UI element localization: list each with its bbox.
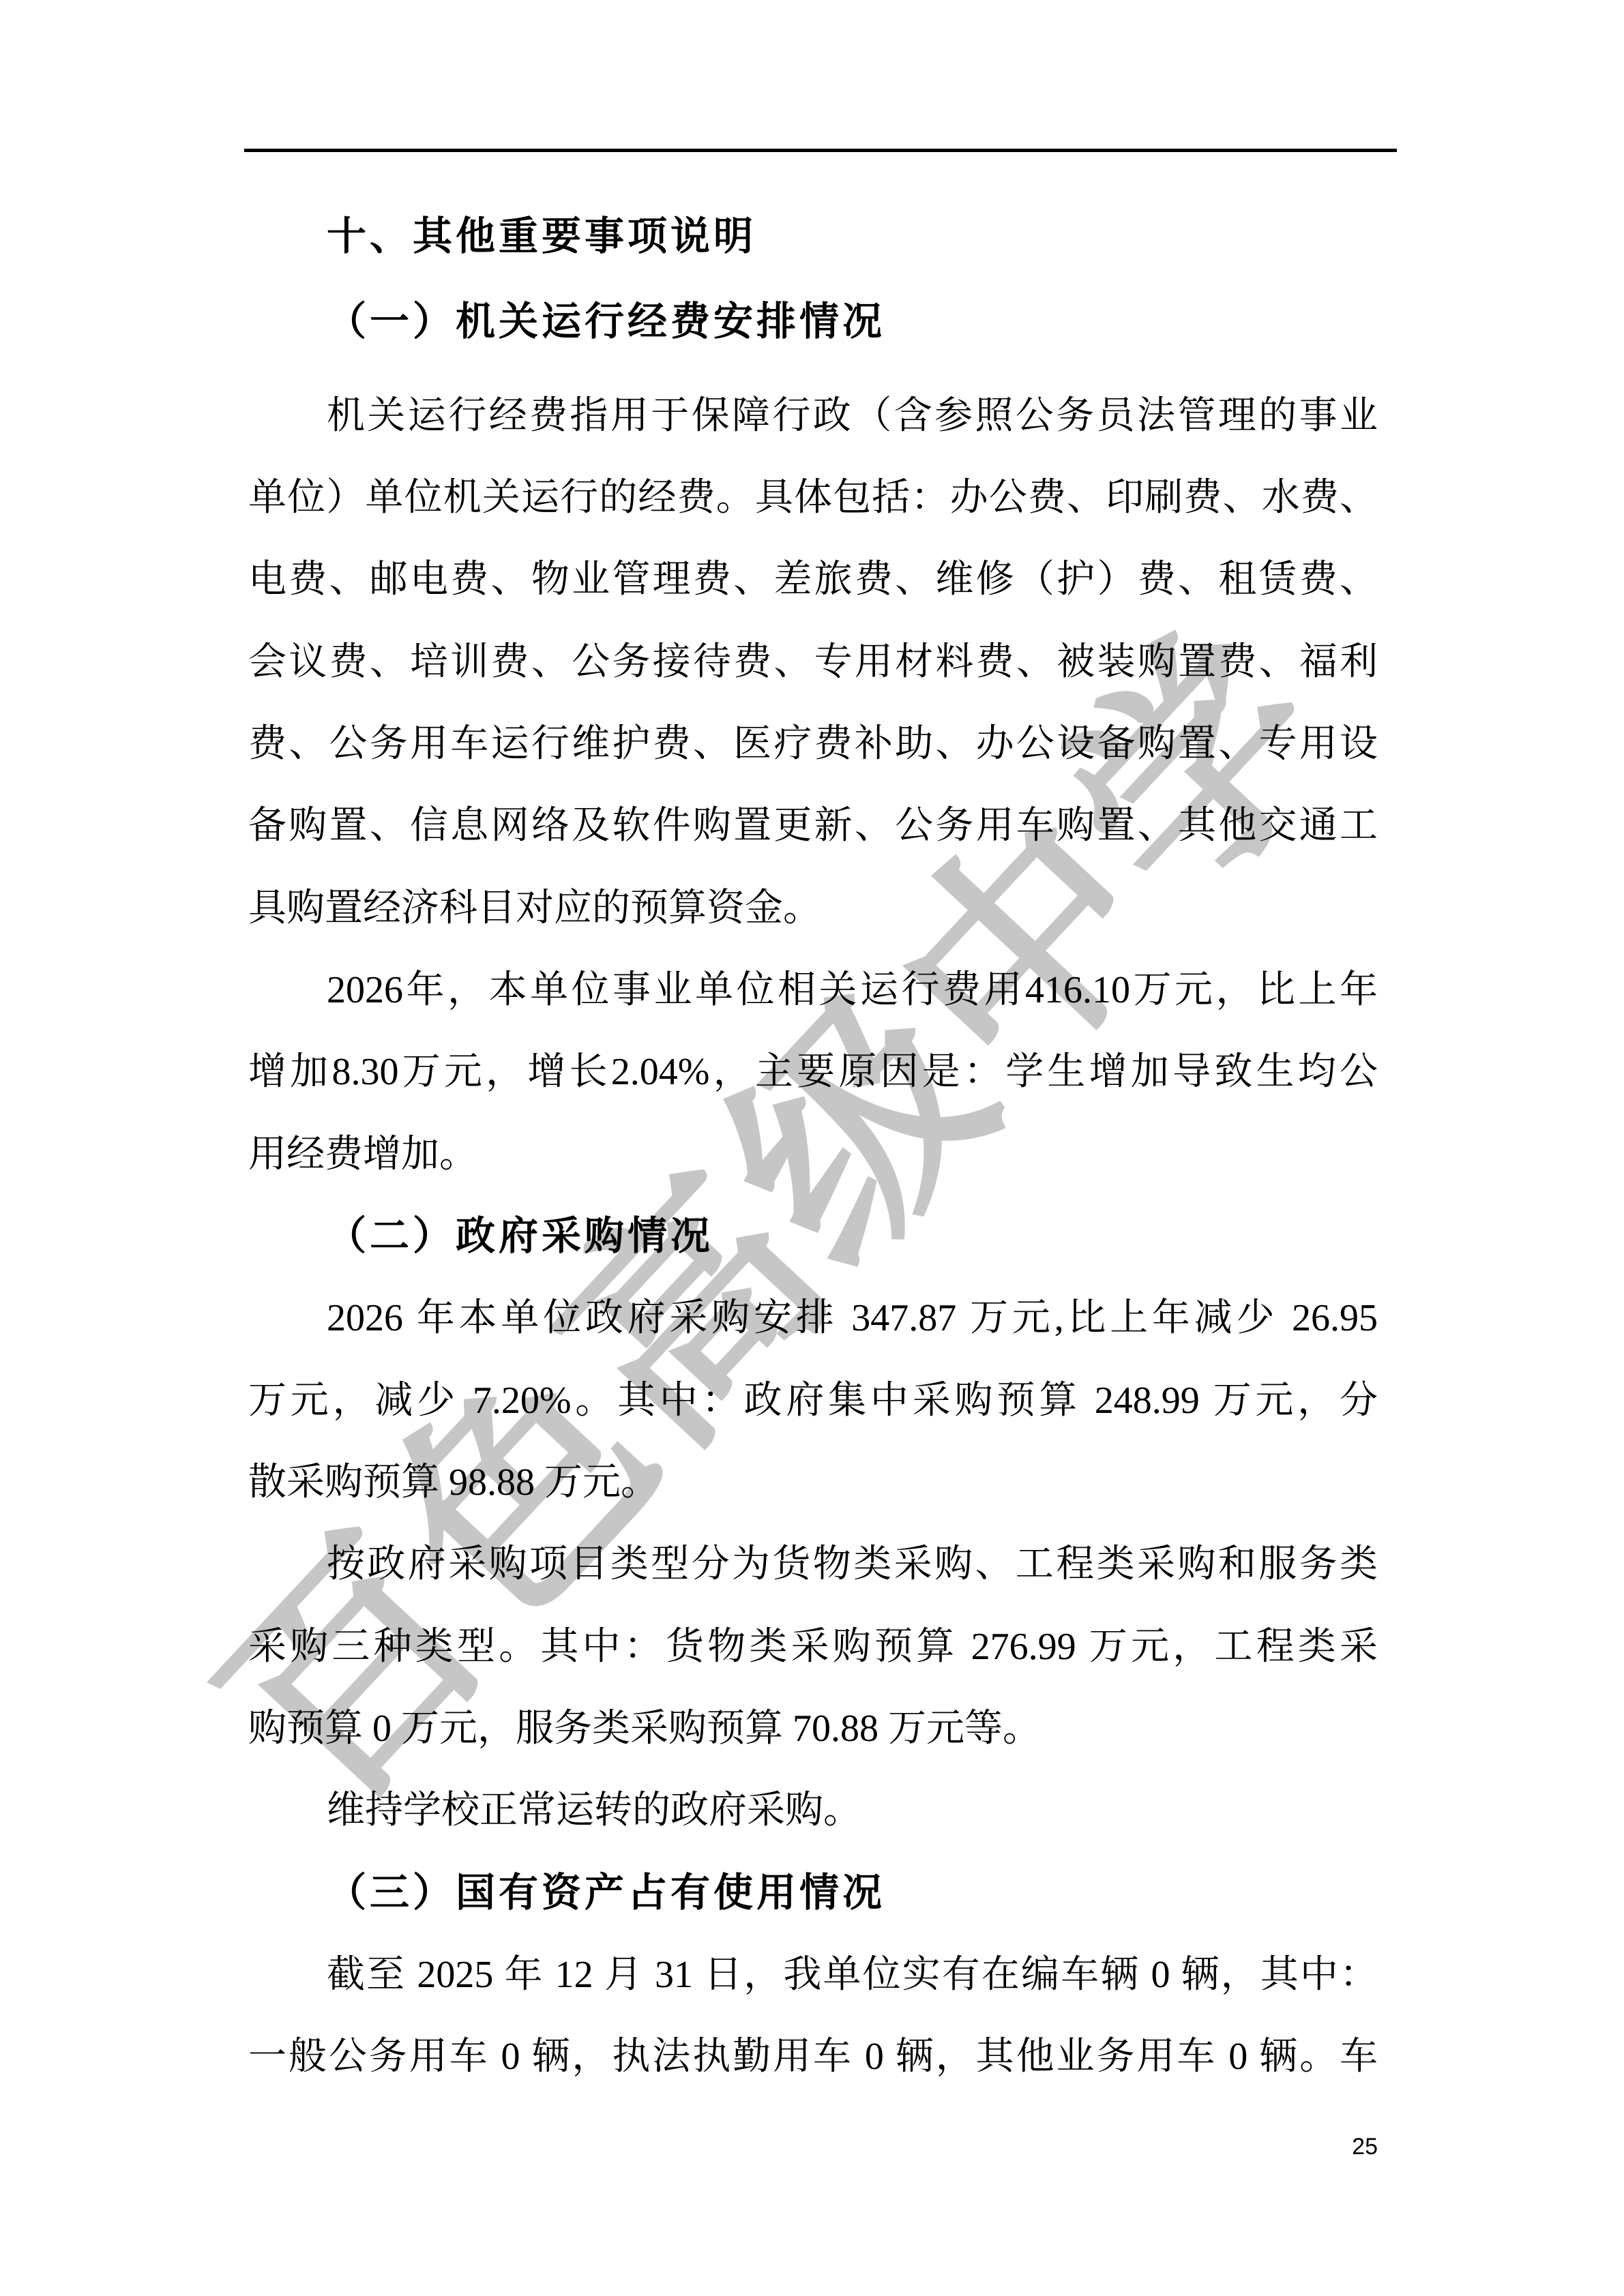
paragraph-line: 采购三种类型。其中：货物类采购预算 276.99 万元，工程类采	[248, 1606, 1378, 1688]
paragraph-line: 购预算 0 万元，服务类采购预算 70.88 万元等。	[248, 1688, 1378, 1770]
paragraph-line: 散采购预算 98.88 万元。	[248, 1442, 1378, 1523]
paragraph-line: 会议费、培训费、公务接待费、专用材料费、被装购置费、福利	[248, 621, 1378, 703]
document-page: 百色高级中学 十、其他重要事项说明 （一）机关运行经费安排情况 机关运行经费指用…	[0, 0, 1624, 2296]
paragraph-line: 截至 2025 年 12 月 31 日，我单位实有在编车辆 0 辆，其中：	[248, 1934, 1378, 2016]
paragraph-line: 单位）单位机关运行的经费。具体包括：办公费、印刷费、水费、	[248, 457, 1378, 539]
paragraph-line: 维持学校正常运转的政府采购。	[248, 1770, 1378, 1851]
subsection-heading-one: （一）机关运行经费安排情况	[248, 281, 1378, 363]
paragraph-line: 增加8.30万元，增长2.04%，主要原因是：学生增加导致生均公	[248, 1031, 1378, 1113]
header-rule	[244, 149, 1397, 152]
paragraph-line: 2026年，本单位事业单位相关运行费用416.10万元，比上年	[248, 949, 1378, 1031]
paragraph-line: 备购置、信息网络及软件购置更新、公务用车购置、其他交通工	[248, 785, 1378, 867]
paragraph-line: 机关运行经费指用于保障行政（含参照公务员法管理的事业	[248, 375, 1378, 457]
subsection-heading-two: （二）政府采购情况	[248, 1195, 1378, 1277]
paragraph-line: 2026 年本单位政府采购安排 347.87 万元,比上年减少 26.95	[248, 1277, 1378, 1359]
paragraph-line: 万元，减少 7.20%。其中：政府集中采购预算 248.99 万元，分	[248, 1360, 1378, 1442]
paragraph-line: 用经费增加。	[248, 1114, 1378, 1195]
paragraph-line: 按政府采购项目类型分为货物类采购、工程类采购和服务类	[248, 1523, 1378, 1605]
paragraph-line: 电费、邮电费、物业管理费、差旅费、维修（护）费、租赁费、	[248, 539, 1378, 621]
paragraph-line: 费、公务用车运行维护费、医疗费补助、办公设备购置、专用设	[248, 703, 1378, 785]
paragraph-line: 一般公务用车 0 辆，执法执勤用车 0 辆，其他业务用车 0 辆。车	[248, 2016, 1378, 2098]
page-number: 25	[248, 2133, 1378, 2160]
paragraph-line: 具购置经济科目对应的预算资金。	[248, 867, 1378, 949]
subsection-heading-three: （三）国有资产占有使用情况	[248, 1852, 1378, 1934]
section-heading-ten: 十、其他重要事项说明	[248, 196, 1378, 278]
